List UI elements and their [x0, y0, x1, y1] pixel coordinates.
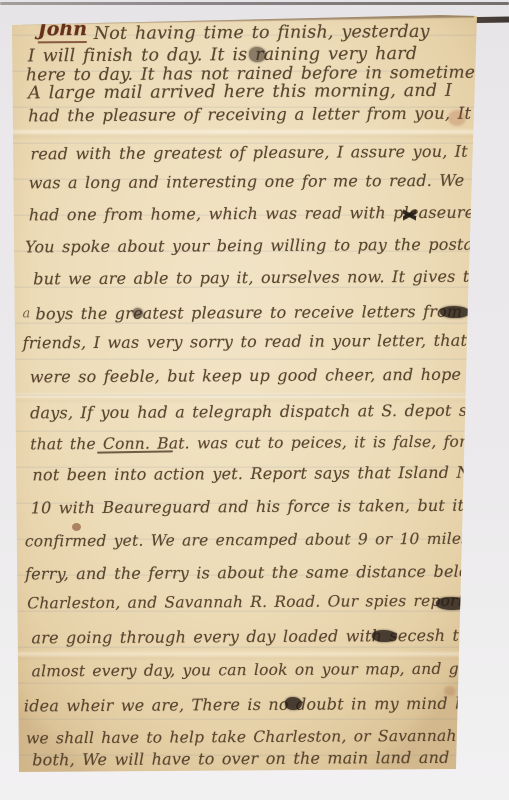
letter-line-23: idea wheir we are, There is no doubt in …	[24, 693, 509, 716]
letter-line-24: we shall have to help take Charleston, o…	[26, 725, 509, 748]
margin-stray-mark: a	[22, 306, 30, 321]
letter-line-1: Not having time to finish, yesterday	[94, 22, 430, 44]
letter-line-9: You spoke about your being willing to pa…	[25, 235, 494, 258]
scanned-letter-page: John a Not having time to finish, yester…	[0, 0, 509, 800]
stain-spot	[444, 686, 455, 696]
stain-spot	[72, 523, 81, 531]
letter-line-7: was a long and interesting one for me to…	[29, 170, 505, 193]
letter-line-21: are going through every day loaded with …	[31, 625, 509, 648]
letter-line-12: friends, I was very sorry to read in you…	[23, 330, 504, 353]
letter-paper: John a Not having time to finish, yester…	[0, 0, 509, 800]
stain-spot	[448, 110, 466, 126]
letter-line-14: days, If you had a telegraph dispatch at…	[30, 400, 509, 423]
letter-line-16: not been into action yet. Report says th…	[32, 463, 485, 486]
letter-line-13: were so feeble, but keep up good cheer, …	[30, 364, 509, 387]
handwriting-layer: John a Not having time to finish, yester…	[0, 0, 509, 800]
letter-line-4: A large mail arrived here this morning, …	[28, 81, 452, 104]
letter-line-18: confirmed yet. We are encamped about 9 o…	[25, 528, 509, 551]
letter-line-11: boys the greatest pleasure to receive le…	[35, 301, 509, 324]
letter-line-19: ferry, and the ferry is about the same d…	[25, 561, 509, 584]
ink-blot-doubt	[285, 697, 302, 710]
ink-blot-it	[249, 47, 266, 62]
letter-line-25: both, We will have to over on the main l…	[32, 748, 450, 771]
name-annotation: John	[38, 18, 87, 43]
letter-line-10: but we are able to pay it, ourselves now…	[33, 267, 490, 290]
ink-blot-cars	[436, 597, 469, 610]
letter-line-17: 10 with Beaureguard and his force is tak…	[31, 495, 509, 518]
letter-line-6: read with the greatest of pleasure, I as…	[30, 142, 468, 165]
letter-line-5: had the pleasure of receiving a letter f…	[28, 103, 509, 126]
ink-crossout-pleasure	[403, 205, 416, 226]
ink-blot-and	[440, 306, 470, 318]
scanner-edge-shadow	[0, 2, 509, 5]
letter-line-22: almost every day, you can look on your m…	[32, 658, 509, 681]
ink-blot-greatest	[133, 308, 143, 318]
ink-blot-secesh	[372, 630, 397, 642]
